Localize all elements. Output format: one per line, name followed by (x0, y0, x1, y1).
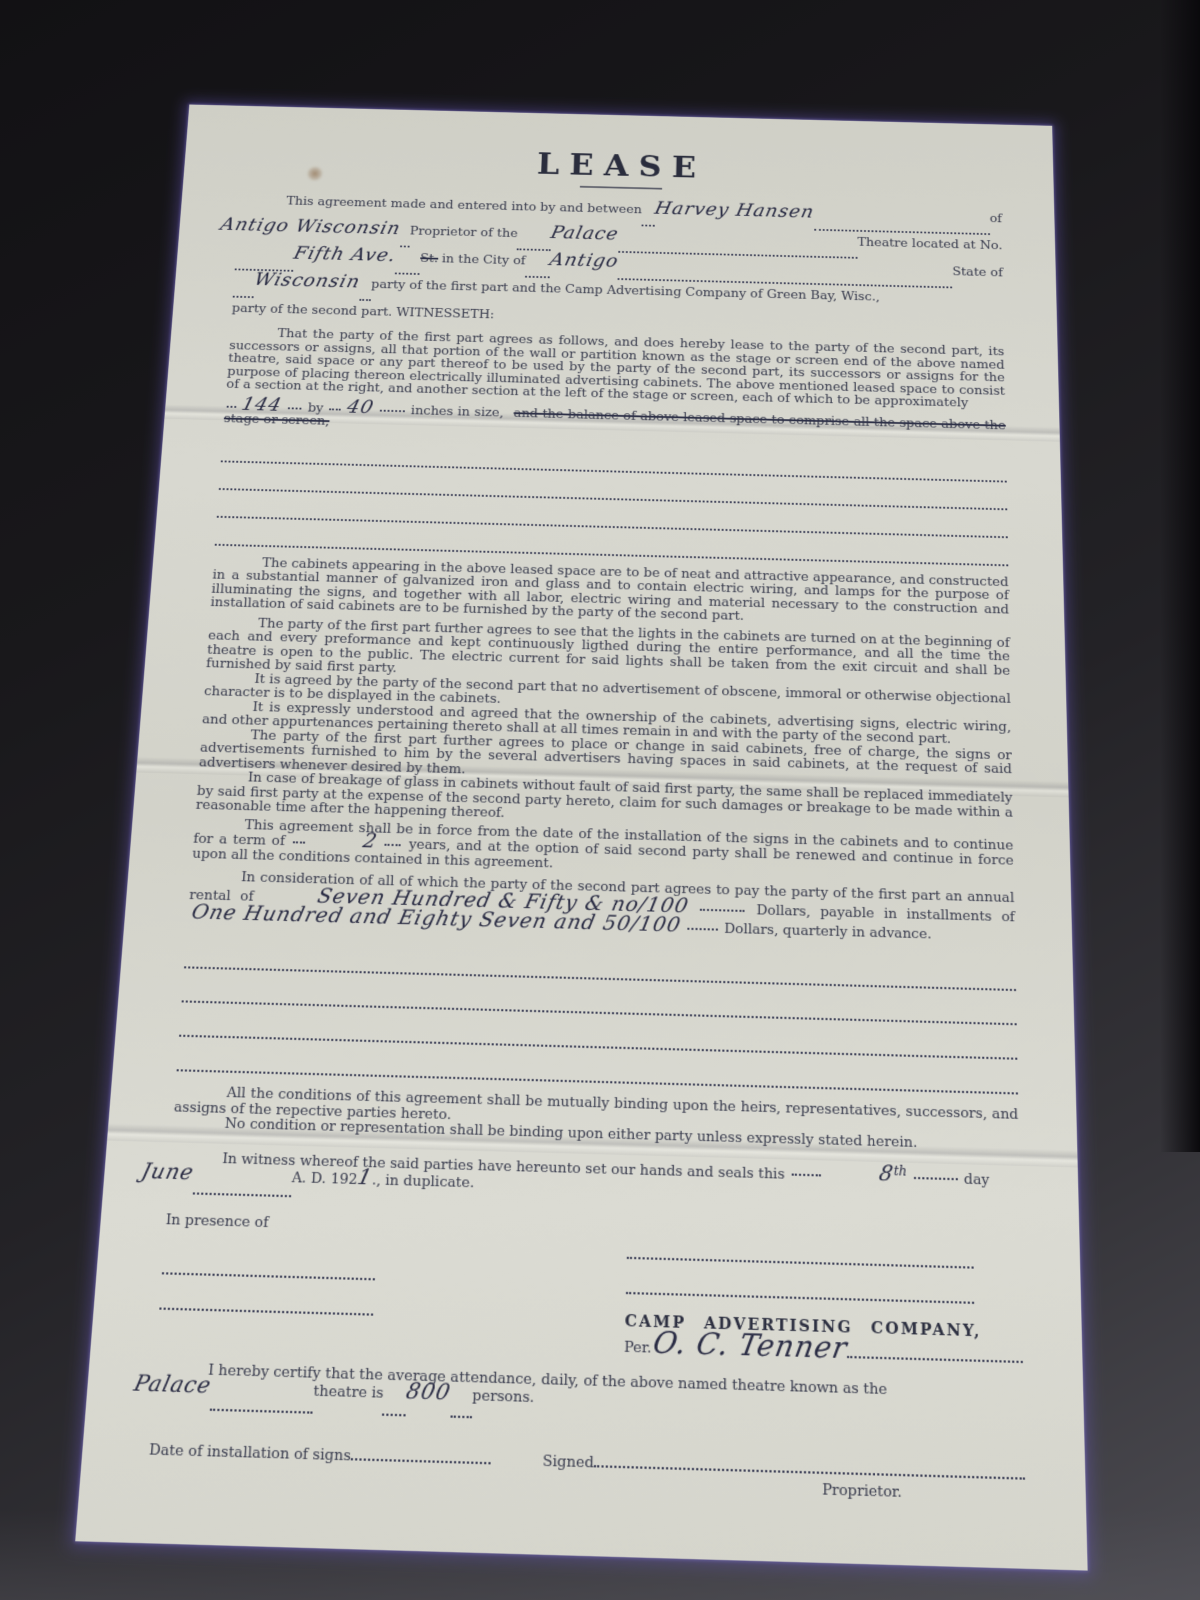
handwritten-street: Fifth Ave. (293, 248, 397, 259)
spacer (534, 1401, 1024, 1415)
lease-document: LEASE This agreement made and entered in… (75, 105, 1087, 1571)
dotted-leader (525, 275, 550, 278)
handwritten-day-suffix: th (894, 1163, 907, 1178)
dotted-leader (210, 1407, 313, 1413)
handwritten-company-signature: O. C. Tenner (653, 1338, 849, 1355)
company-column: CAMP ADVERTISING COMPANY, Per. O. C. Ten… (624, 1224, 1023, 1368)
witness-column: In presence of (157, 1211, 508, 1353)
dotted-leader (385, 842, 401, 846)
handwritten-width-inches: 144 (242, 399, 284, 409)
installation-date-field: Date of installation of signs (148, 1440, 542, 1470)
per-label: Per. (624, 1338, 652, 1357)
presence-label: In presence of (165, 1211, 507, 1238)
lease-clause-text: inches in size, (411, 403, 504, 420)
handwritten-attendance: 800 (406, 1384, 452, 1396)
title-rule (580, 186, 662, 190)
per-signature-row: Per. O. C. Tenner (624, 1337, 1023, 1367)
dotted-leader (848, 1355, 1023, 1363)
intro-text: in the City of (442, 252, 526, 268)
proprietor-label: Proprietor. (822, 1480, 1025, 1504)
dotted-leader (700, 907, 745, 912)
dotted-leader (913, 1175, 957, 1181)
witness-text: A. D. 192 (291, 1169, 358, 1188)
blank-lines-group-2 (177, 935, 1018, 1095)
handwritten-height-inches: 40 (346, 401, 374, 411)
dotted-leader (227, 404, 237, 408)
witness-signature-line (162, 1239, 377, 1280)
handwritten-term-years: 2 (312, 834, 378, 846)
handwritten-state: Wisconsin (254, 274, 361, 285)
certify-text: theatre is (313, 1382, 384, 1402)
signed-field: Signed Proprietor. (542, 1452, 1026, 1505)
intro-text: Proprietor of the (410, 224, 518, 241)
intro-text: State of (952, 265, 1003, 280)
intro-text: Theatre located at No. (857, 235, 1002, 253)
dotted-leader (450, 1414, 472, 1418)
footer-row: Date of installation of signs Signed Pro… (147, 1440, 1025, 1504)
handwritten-year-digit: 1 (357, 1171, 374, 1182)
handwritten-certify-theatre: Palace (133, 1377, 212, 1390)
dotted-leader (594, 1463, 1025, 1479)
rental-text: Dollars, quarterly in advance. (724, 921, 931, 943)
photo-background: LEASE This agreement made and entered in… (0, 0, 1200, 1600)
dotted-leader (359, 298, 370, 301)
dotted-leader (791, 1171, 820, 1176)
dotted-leader (380, 407, 405, 411)
dotted-leader (330, 406, 342, 410)
witness-signature-line (159, 1274, 374, 1315)
signature-columns: In presence of CAMP ADVERTISING COMPANY,… (157, 1211, 1023, 1367)
dotted-leader (395, 272, 420, 275)
installation-date-label: Date of installation of signs (148, 1440, 351, 1464)
handwritten-month: June (141, 1165, 195, 1177)
struck-street-abbr: St. (420, 251, 439, 265)
intro-text: of (989, 212, 1002, 226)
witness-text: day (964, 1170, 990, 1188)
dotted-leader (400, 245, 410, 248)
certify-text: persons. (472, 1386, 535, 1406)
dotted-leader (233, 295, 254, 298)
document-content: LEASE This agreement made and entered in… (80, 105, 1086, 1507)
signed-row: Signed (542, 1452, 1025, 1484)
spacer (880, 301, 1004, 304)
document-title: LEASE (242, 140, 1002, 193)
signed-label: Signed (542, 1452, 594, 1472)
intro-text: This agreement made and entered into by … (286, 194, 642, 217)
dotted-leader (687, 926, 718, 931)
dotted-leader (641, 224, 654, 227)
witness-text: ., in duplicate. (371, 1171, 474, 1191)
spacer (474, 1187, 1020, 1202)
background-shadow-strip (1160, 0, 1200, 1152)
dotted-leader (293, 839, 305, 843)
dotted-leader (517, 248, 551, 251)
handwritten-city: Antigo (549, 255, 619, 265)
blank-lines-group-1 (215, 434, 1009, 565)
dotted-leader (351, 1456, 491, 1463)
handwritten-day: 8 (826, 1166, 894, 1179)
dotted-leader (288, 405, 302, 409)
handwritten-proprietor-city-state: Antigo Wisconsin (220, 219, 402, 232)
dotted-leader (192, 1191, 290, 1197)
dotted-leader (382, 1412, 406, 1416)
handwritten-theatre-name: Palace (551, 228, 620, 238)
handwritten-lessee-name: Harvey Hansen (654, 203, 815, 216)
